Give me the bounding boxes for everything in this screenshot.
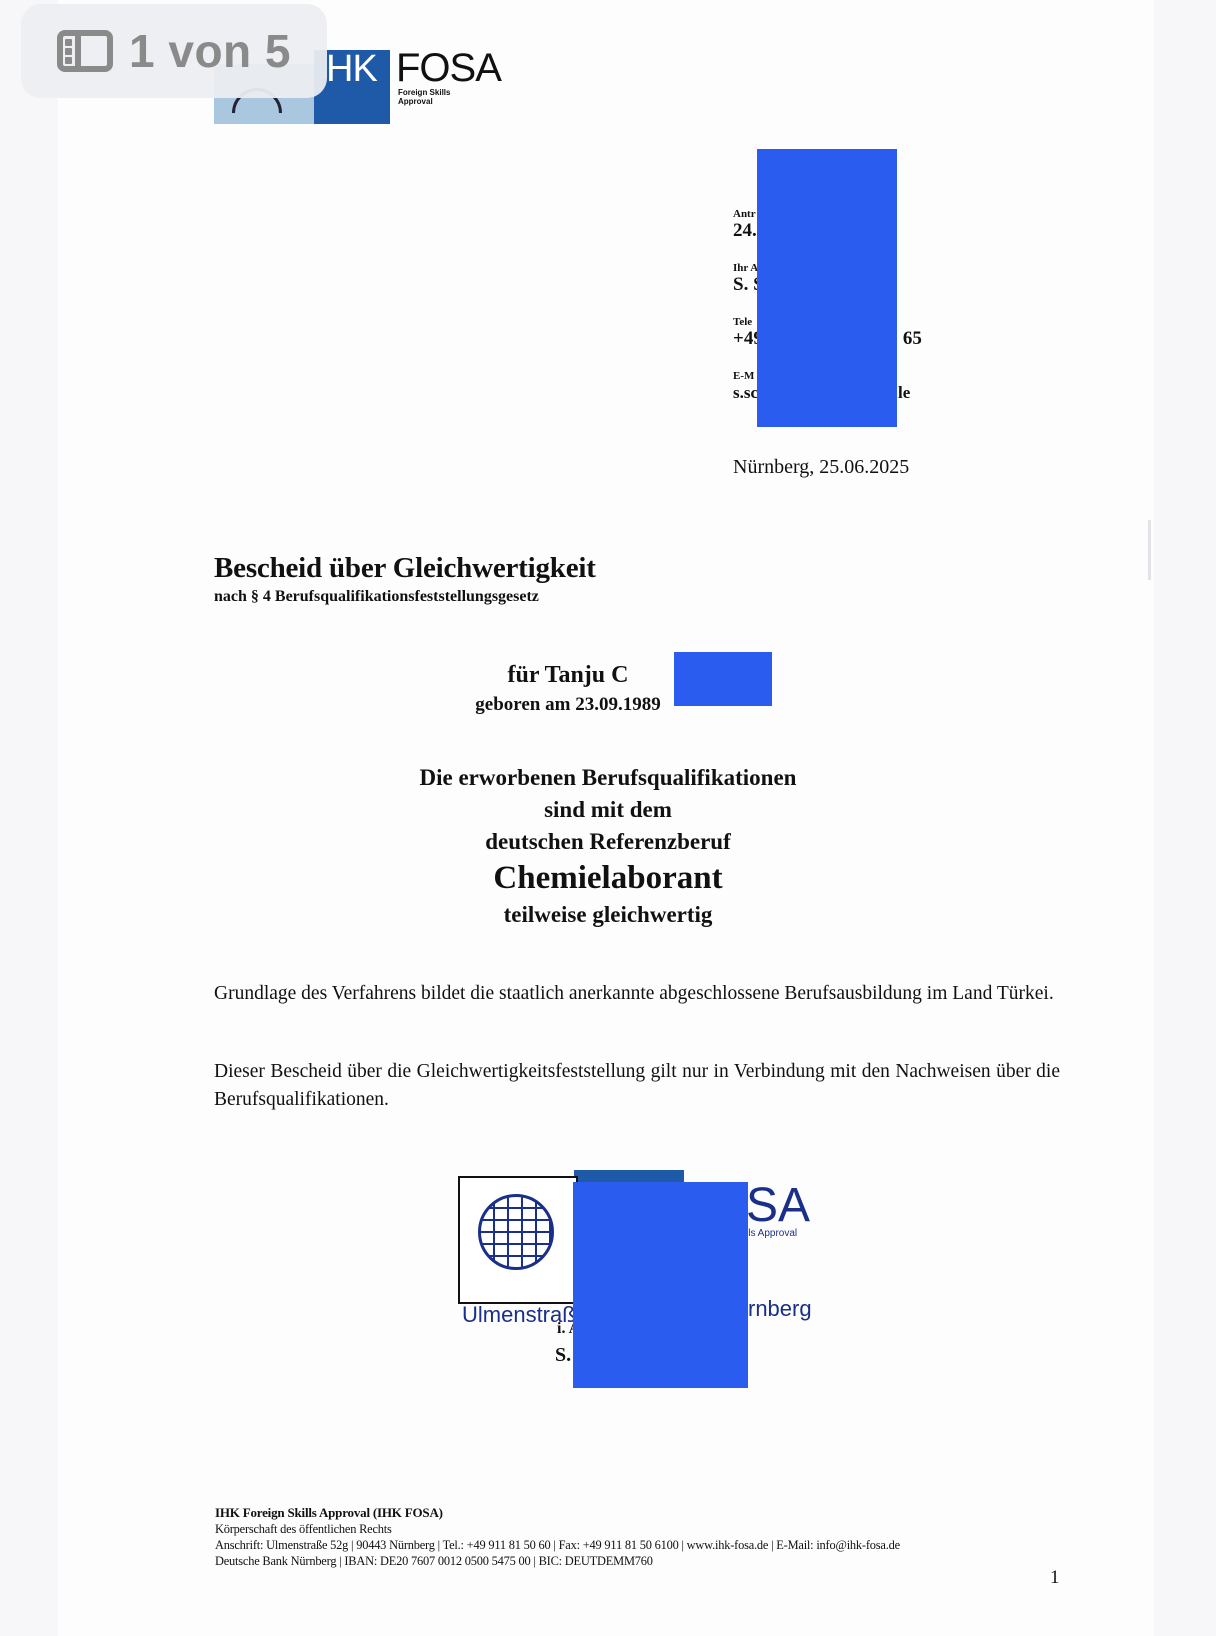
statement-line-1: Die erworbenen Berufsqualifikationen — [0, 762, 1216, 794]
birth-date: geboren am 23.09.1989 — [0, 694, 1176, 716]
stamp-tagline: lls Approval — [746, 1228, 797, 1239]
footer-organization: IHK Foreign Skills Approval (IHK FOSA) — [215, 1505, 900, 1521]
globe-icon — [478, 1194, 554, 1270]
paragraph-basis: Grundlage des Verfahrens bildet die staa… — [214, 980, 1060, 1008]
stamp-brand-bar — [574, 1170, 684, 1182]
stamp-fosa-text: SA — [746, 1178, 810, 1233]
footer-legal-form: Körperschaft des öffentlichen Rechts — [215, 1521, 900, 1537]
statement-line-2: sind mit dem — [0, 794, 1216, 826]
reference-profession: Chemielaborant — [0, 860, 1216, 897]
redaction-info-block — [757, 149, 897, 427]
redaction-name — [674, 652, 772, 706]
logo-hk-text: HK — [326, 48, 377, 91]
page-edge — [1148, 520, 1151, 580]
footer-address: Anschrift: Ulmenstraße 52g | 90443 Nürnb… — [215, 1537, 900, 1553]
signature-line-2: S. — [555, 1344, 571, 1367]
place-date: Nürnberg, 25.06.2025 — [733, 456, 909, 479]
equivalence-result: teilweise gleichwertig — [0, 902, 1216, 928]
sidebar-icon[interactable] — [57, 30, 113, 72]
paragraph-validity: Dieser Bescheid über die Gleichwertigkei… — [214, 1058, 1060, 1114]
recipient-name: für Tanju C — [0, 662, 1176, 689]
logo-tagline: Foreign Skills Approval — [398, 88, 476, 106]
document-title: Bescheid über Gleichwertigkeit — [214, 552, 596, 585]
document-subtitle: nach § 4 Berufsqualifikationsfeststellun… — [214, 588, 539, 606]
page-number: 1 — [1050, 1567, 1060, 1589]
statement-line-3: deutschen Referenzberuf — [0, 826, 1216, 858]
stamp-address-right: rnberg — [748, 1296, 812, 1322]
logo-fosa-text: FOSA — [396, 46, 501, 91]
redaction-signature — [573, 1182, 748, 1388]
footer: IHK Foreign Skills Approval (IHK FOSA) K… — [215, 1505, 900, 1569]
footer-bank: Deutsche Bank Nürnberg | IBAN: DE20 7607… — [215, 1553, 900, 1569]
page-indicator[interactable]: 1 von 5 — [21, 4, 327, 98]
page-indicator-text: 1 von 5 — [129, 24, 291, 78]
